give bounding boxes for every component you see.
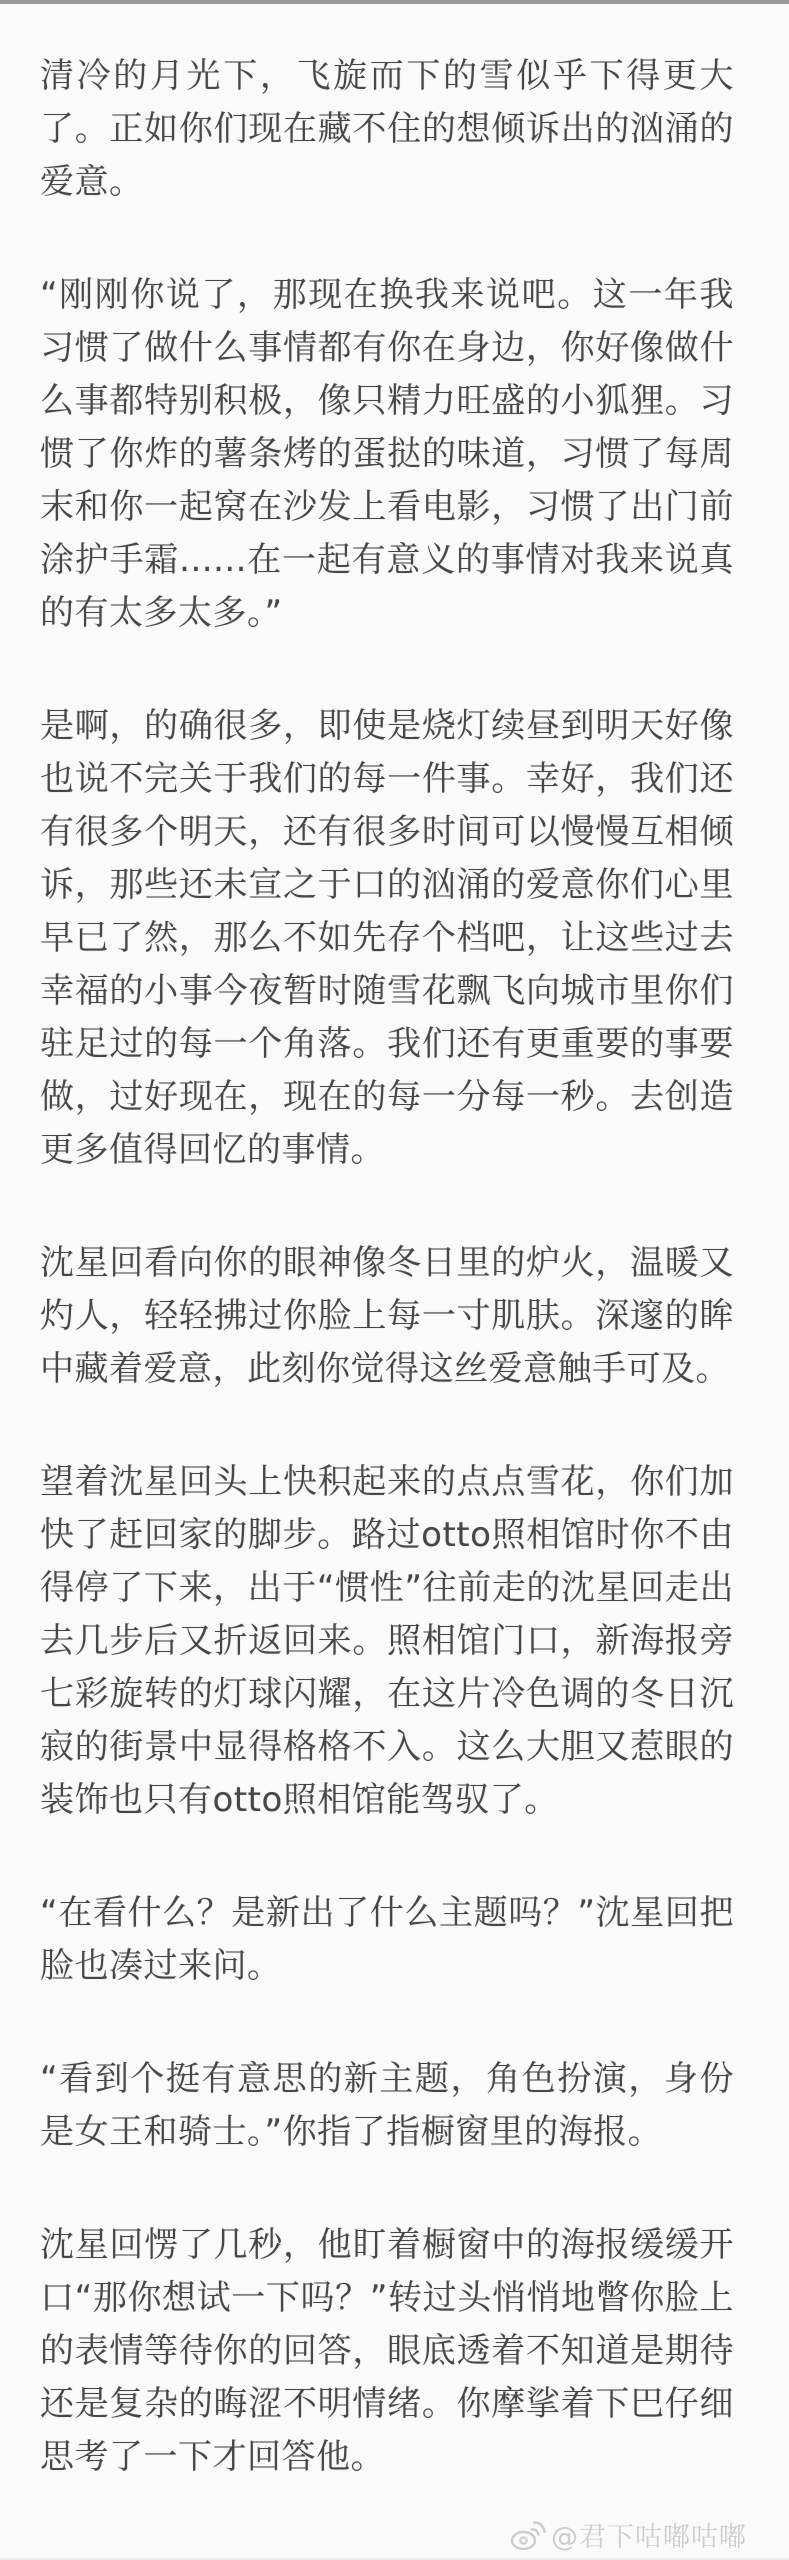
watermark-username: @君下咕嘟咕嘟: [551, 2515, 747, 2554]
story-content: 清冷的月光下，飞旋而下的雪似乎下得更大了。正如你们现在藏不住的想倾诉出的汹涌的爱…: [40, 0, 734, 2484]
story-paragraph-4: 沈星回看向你的眼神像冬日里的炉火，温暖又灼人，轻轻拂过你脸上每一寸肌肤。深邃的眸…: [40, 1237, 734, 1396]
story-paragraph-6: “在看什么？是新出了什么主题吗？”沈星回把脸也凑过来问。: [40, 1887, 734, 1993]
story-paragraph-8: 沈星回愣了几秒，他盯着橱窗中的海报缓缓开口“那你想试一下吗？”转过头悄悄地瞥你脸…: [40, 2219, 734, 2484]
story-paragraph-7: “看到个挺有意思的新主题，角色扮演，身份是女王和骑士。”你指了指橱窗里的海报。: [40, 2053, 734, 2159]
watermark: @君下咕嘟咕嘟: [510, 2515, 747, 2554]
story-paragraph-2: “刚刚你说了，那现在换我来说吧。这一年我习惯了做什么事情都有你在身边，你好像做什…: [40, 269, 734, 640]
story-paragraph-3: 是啊，的确很多，即使是烧灯续昼到明天好像也说不完关于我们的每一件事。幸好，我们还…: [40, 700, 734, 1177]
story-paragraph-1: 清冷的月光下，飞旋而下的雪似乎下得更大了。正如你们现在藏不住的想倾诉出的汹涌的爱…: [40, 50, 734, 209]
story-paragraph-5: 望着沈星回头上快积起来的点点雪花，你们加快了赶回家的脚步。路过otto照相馆时你…: [40, 1456, 734, 1827]
story-page: 清冷的月光下，飞旋而下的雪似乎下得更大了。正如你们现在藏不住的想倾诉出的汹涌的爱…: [0, 0, 789, 2560]
weibo-logo-icon: [510, 2519, 546, 2551]
